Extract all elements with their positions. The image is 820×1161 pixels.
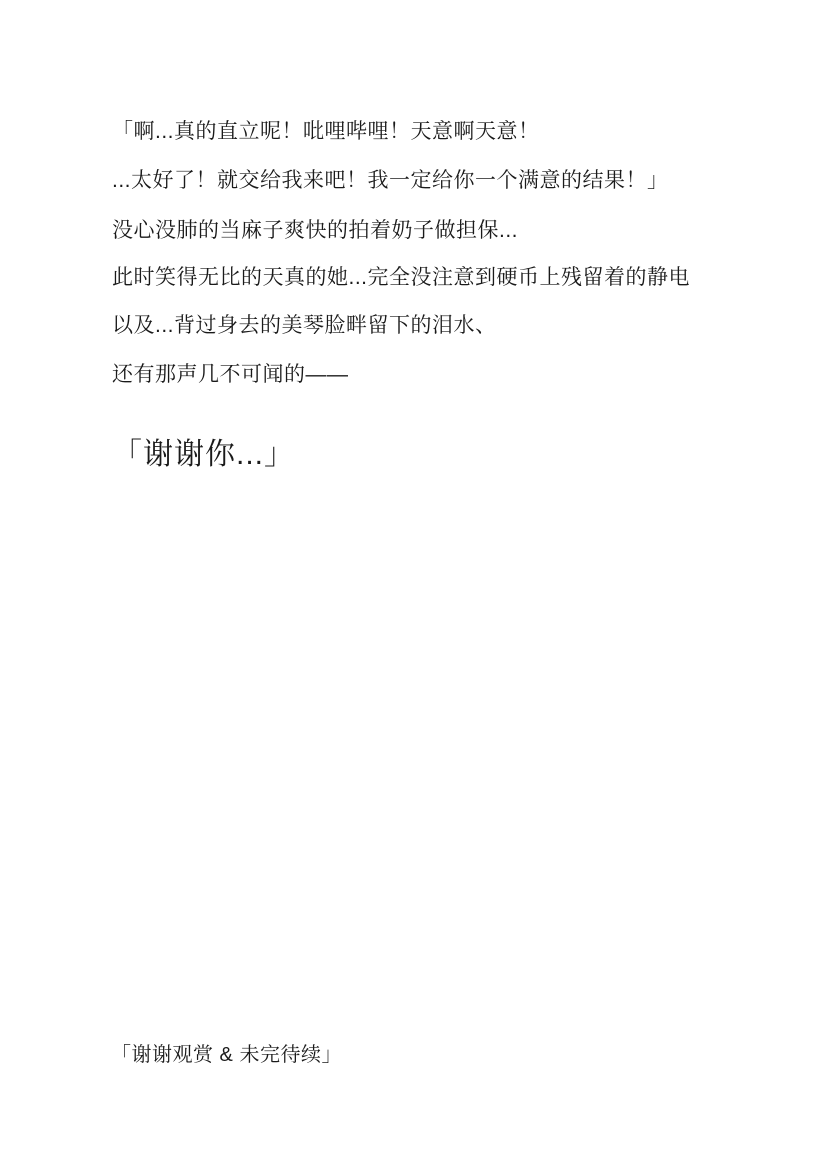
document-page: 「啊...真的直立呢！吡哩哔哩！天意啊天意！ ...太好了！就交给我来吧！我一定…	[0, 0, 820, 1161]
story-paragraph-4: 此时笑得无比的天真的她...完全没注意到硬币上残留着的静电	[112, 266, 690, 290]
story-paragraph-2: ...太好了！就交给我来吧！我一定给你一个满意的结果！」	[112, 169, 669, 193]
story-paragraph-1: 「啊...真的直立呢！吡哩哔哩！天意啊天意！	[112, 120, 540, 144]
emphasis-line: 「谢谢你...」	[112, 438, 295, 471]
story-paragraph-6: 还有那声几不可闻的——	[112, 363, 349, 387]
story-paragraph-3: 没心没肺的当麻子爽快的拍着奶子做担保...	[112, 219, 518, 243]
footer-credit: 「谢谢观赏 & 未完待续」	[111, 1044, 342, 1067]
story-paragraph-5: 以及...背过身去的美琴脸畔留下的泪水、	[112, 314, 497, 338]
